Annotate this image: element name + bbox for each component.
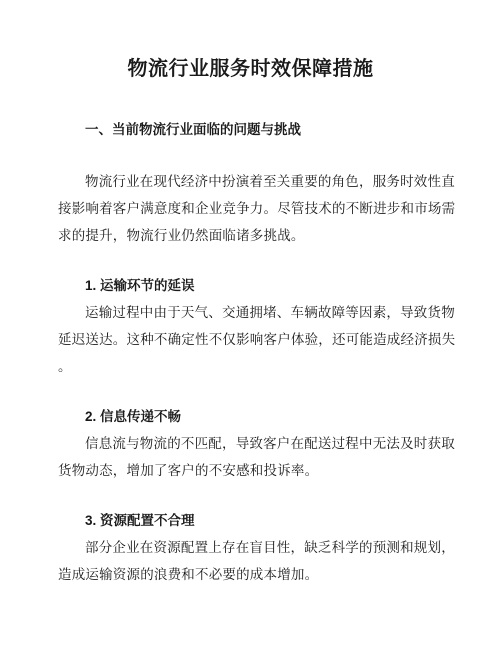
paragraph-information-flow: 信息流与物流的不匹配，导致客户在配送过程中无法及时获取 货物动态，增加了客户的不… [58,430,443,484]
document-title: 物流行业服务时效保障措施 [58,56,443,82]
paragraph-transport-delay: 运输过程中由于天气、交通拥堵、车辆故障等因素，导致货物 延迟送达。这种不确定性不… [58,299,443,380]
sub-heading-information-flow: 2. 信息传递不畅 [85,409,443,425]
section-heading-problems-and-challenges: 一、当前物流行业面临的问题与挑战 [85,122,443,138]
sub-heading-resource-allocation: 3. 资源配置不合理 [85,513,443,529]
sub-heading-transport-delay: 1. 运输环节的延误 [85,278,443,294]
document-content: 物流行业服务时效保障措施 一、当前物流行业面临的问题与挑战 物流行业在现代经济中… [0,56,500,588]
document-page: 物流行业服务时效保障措施 一、当前物流行业面临的问题与挑战 物流行业在现代经济中… [0,0,500,647]
paragraph-resource-allocation: 部分企业在资源配置上存在盲目性，缺乏科学的预测和规划， 造成运输资源的浪费和不必… [58,534,443,588]
intro-paragraph: 物流行业在现代经济中扮演着至关重要的角色，服务时效性直 接影响着客户满意度和企业… [58,168,443,249]
